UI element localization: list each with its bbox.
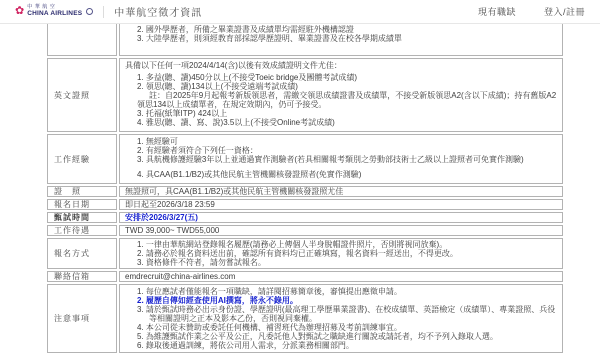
row-line: 3. 托福(紙筆ITP) 424以上 xyxy=(125,109,557,118)
row-line: 安排於2026/3/27(五) xyxy=(125,213,557,222)
table-row: 2. 國外學歷者，所備之畢業證書及成績單均需經駐外機構認證3. 大陸學歷者，則須… xyxy=(47,24,563,56)
row-line: 3. 請於甄試時務必出示身份證、學歷證明(最高理工學歷畢業證書)、在校成績單、英… xyxy=(125,305,557,323)
row-line: 即日起至2026/3/18 23:59 xyxy=(125,200,557,209)
row-line: 6. 錄取後通過訓練，將依公司用人需求，分派業務相關部門。 xyxy=(125,341,557,350)
table-row: 注意事項1. 每位應試者僅能報名一項職缺，請詳閱招募簡章後，審慎提出應徵申請。2… xyxy=(47,284,563,353)
row-line: TWD 39,000~ TWD55,000 xyxy=(125,226,557,235)
row-line: 3. 資格條件不符者，請勿嘗試報名。 xyxy=(125,258,557,267)
row-content: 1. 每位應試者僅能報名一項職缺，請詳閱招募簡章後，審慎提出應徵申請。2. 履歷… xyxy=(119,284,563,353)
info-table: 2. 國外學歷者，所備之畢業證書及成績單均需經駐外機構認證3. 大陸學歷者，則須… xyxy=(45,24,565,355)
row-line: 1. 無經驗可 xyxy=(125,137,557,146)
row-line: 具備以下任何一項2024/4/14(含)以後有效成績證明文件尤佳： xyxy=(125,61,557,70)
top-navbar: ✿ 中華航空 CHINA AIRLINES 中華航空徵才資訊 現有職缺 登入/註… xyxy=(0,0,600,24)
row-label: 證 照 xyxy=(47,186,117,197)
header-divider xyxy=(103,6,104,18)
row-label: 英文證照 xyxy=(47,58,117,132)
table-row: 報名日期即日起至2026/3/18 23:59 xyxy=(47,199,563,210)
row-label: 工作經驗 xyxy=(47,134,117,184)
row-line: 4. 具CAA(B1.1/B2)或其他民航主管機關核發證照者(免實作測驗) xyxy=(125,170,557,179)
row-line: 2. 請務必於報名資料送出前，確認所有資料均已正確填寫，報名資料一經送出，不得更… xyxy=(125,249,557,258)
header-links: 現有職缺 登入/註冊 xyxy=(478,5,585,18)
row-line: 2. 國外學歷者，所備之畢業證書及成績單均需經駐外機構認證 xyxy=(125,25,557,34)
row-content: 具備以下任何一項2024/4/14(含)以後有效成績證明文件尤佳：1. 多益(聽… xyxy=(119,58,563,132)
table-row: 報名方式1. 一律由華航網站登錄報名履歷(請務必上傳個人半身脫帽證件照片，否則將… xyxy=(47,238,563,269)
row-label xyxy=(47,24,117,56)
row-content: 無證照可，具CAA(B1.1/B2)或其他民航主管機關核發證照尤佳 xyxy=(119,186,563,197)
row-line: 3. 具航機修護經驗3年以上並通過實作測驗者(若具相關報考類別之勞動部技術士乙級… xyxy=(125,155,557,164)
row-label: 報名方式 xyxy=(47,238,117,269)
row-line: 3. 大陸學歷者，則須經教育部採認學歷證明、畢業證書及在校各學期成績單 xyxy=(125,34,557,43)
row-line: 5. 為維護甄試作業之公平及公正，凡委託他人對甄試之職缺進行關說或請託者，均不予… xyxy=(125,332,557,341)
job-detail-content: 2. 國外學歷者，所備之畢業證書及成績單均需經駐外機構認證3. 大陸學歷者，則須… xyxy=(0,24,600,361)
row-line: 無證照可，具CAA(B1.1/B2)或其他民航主管機關核發證照尤佳 xyxy=(125,187,557,196)
table-row: 證 照無證照可，具CAA(B1.1/B2)或其他民航主管機關核發證照尤佳 xyxy=(47,186,563,197)
table-row: 甄試時間安排於2026/3/27(五) xyxy=(47,212,563,223)
row-line: 2. 有經驗者須符合下列任一資格： xyxy=(125,146,557,155)
row-label: 工作待遇 xyxy=(47,225,117,236)
table-row: 工作經驗1. 無經驗可2. 有經驗者須符合下列任一資格：3. 具航機修護經驗3年… xyxy=(47,134,563,184)
row-line: 註：自2025年9月起報考新版領思者，需繳交領思成績證書及成績單，不接受新版領思… xyxy=(125,91,557,109)
info-table-body: 2. 國外學歷者，所備之畢業證書及成績單均需經駐外機構認證3. 大陸學歷者，則須… xyxy=(47,24,563,353)
table-row: 聯絡信箱emdrecruit@china-airlines.com xyxy=(47,271,563,282)
page-title: 中華航空徵才資訊 xyxy=(114,4,202,19)
china-airlines-logo[interactable]: ✿ 中華航空 CHINA AIRLINES xyxy=(15,5,93,18)
row-content: TWD 39,000~ TWD55,000 xyxy=(119,225,563,236)
row-content: 1. 無經驗可2. 有經驗者須符合下列任一資格：3. 具航機修護經驗3年以上並通… xyxy=(119,134,563,184)
row-line: 4. 雅思(聽、讀、寫、說)3.5以上(不接受Online考試成績) xyxy=(125,118,557,127)
row-content: 1. 一律由華航網站登錄報名履歷(請務必上傳個人半身脫帽證件照片，否則將視同放棄… xyxy=(119,238,563,269)
nav-link-job-openings[interactable]: 現有職缺 xyxy=(478,5,516,18)
row-line: emdrecruit@china-airlines.com xyxy=(125,272,557,281)
row-content: 安排於2026/3/27(五) xyxy=(119,212,563,223)
row-line: 1. 多益(聽、讀)450分以上(不接受Toeic bridge及團體考試成績) xyxy=(125,73,557,82)
nav-link-login-register[interactable]: 登入/註冊 xyxy=(544,5,585,18)
table-row: 英文證照具備以下任何一項2024/4/14(含)以後有效成績證明文件尤佳：1. … xyxy=(47,58,563,132)
row-line: 1. 一律由華航網站登錄報名履歷(請務必上傳個人半身脫帽證件照片，否則將視同放棄… xyxy=(125,240,557,249)
row-label: 甄試時間 xyxy=(47,212,117,223)
row-line: 1. 每位應試者僅能報名一項職缺，請詳閱招募簡章後，審慎提出應徵申請。 xyxy=(125,287,557,296)
logo-text-en: CHINA AIRLINES xyxy=(27,11,82,18)
row-label: 聯絡信箱 xyxy=(47,271,117,282)
logo-emblem-icon xyxy=(86,8,93,15)
row-content: 2. 國外學歷者，所備之畢業證書及成績單均需經駐外機構認證3. 大陸學歷者，則須… xyxy=(119,24,563,56)
logo-wordmark: 中華航空 CHINA AIRLINES xyxy=(27,5,82,18)
row-content: 即日起至2026/3/18 23:59 xyxy=(119,199,563,210)
row-content: emdrecruit@china-airlines.com xyxy=(119,271,563,282)
row-label: 注意事項 xyxy=(47,284,117,353)
row-line: 2. 領思(聽、讀)134以上(不接受遠端考試成績) xyxy=(125,82,557,91)
row-line: 4. 本公司從未贊助或委託任何機構、補習班代為辦理招募及考前訓練事宜。 xyxy=(125,323,557,332)
table-row: 工作待遇TWD 39,000~ TWD55,000 xyxy=(47,225,563,236)
row-line: 2. 履歷自傳如經查使用AI撰寫，將永不錄用。 xyxy=(125,296,557,305)
row-label: 報名日期 xyxy=(47,199,117,210)
plum-blossom-icon: ✿ xyxy=(15,6,24,17)
